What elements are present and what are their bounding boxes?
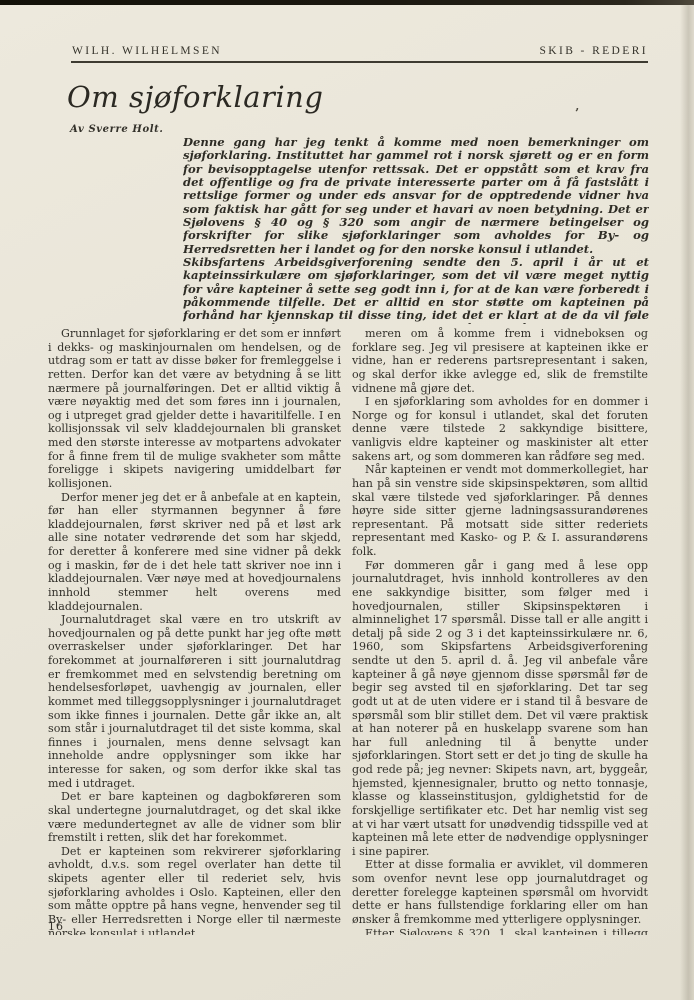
intro-paragraph: Denne gang har jeg tenkt å komme med noe… xyxy=(183,136,649,256)
body-column-left: Grunnlaget for sjøforklaring er det som … xyxy=(48,327,341,935)
masthead: WILH. WILHELMSEN SKIB - REDERI xyxy=(72,45,648,57)
article-title: Om sjøforklaring xyxy=(67,80,323,114)
page-number: 16 xyxy=(48,920,64,933)
body-paragraph: Når kapteinen er vendt mot dommerkollegi… xyxy=(352,463,648,558)
article-byline: Av Sverre Holt. xyxy=(70,124,163,135)
masthead-left: WILH. WILHELMSEN xyxy=(72,45,222,57)
scan-edge-right xyxy=(680,0,694,1000)
body-paragraph: Det er kapteinen som rekvirerer sjøforkl… xyxy=(48,845,341,935)
body-paragraph: Det er bare kapteinen og dagbokføreren s… xyxy=(48,790,341,845)
body-paragraph: I en sjøforklaring som avholdes for en d… xyxy=(352,395,648,463)
scanned-magazine-page: { "colors": { "paper": "#e9e5d8", "ink":… xyxy=(0,0,694,1000)
body-paragraph: Før dommeren går i gang med å lese opp j… xyxy=(352,559,648,859)
body-paragraph: Journalutdraget skal være en tro utskrif… xyxy=(48,613,341,790)
masthead-rule xyxy=(71,61,648,63)
article-intro: Denne gang har jeg tenkt å komme med noe… xyxy=(183,136,649,324)
body-paragraph: meren om å komme frem i vidneboksen og f… xyxy=(352,327,648,395)
body-paragraph: Derfor mener jeg det er å anbefale at en… xyxy=(48,491,341,614)
masthead-right: SKIB - REDERI xyxy=(539,45,648,57)
body-column-right: meren om å komme frem i vidneboksen og f… xyxy=(352,327,648,935)
body-paragraph: Etter Sjølovens § 320, 1. skal kapteinen… xyxy=(352,927,648,936)
body-paragraph: Grunnlaget for sjøforklaring er det som … xyxy=(48,327,341,491)
scan-stray-mark: ’ xyxy=(575,106,579,120)
scan-edge-top xyxy=(0,0,694,5)
intro-paragraph: Skibsfartens Arbeidsgiverforening sendte… xyxy=(183,256,649,324)
body-paragraph: Etter at disse formalia er avviklet, vil… xyxy=(352,858,648,926)
